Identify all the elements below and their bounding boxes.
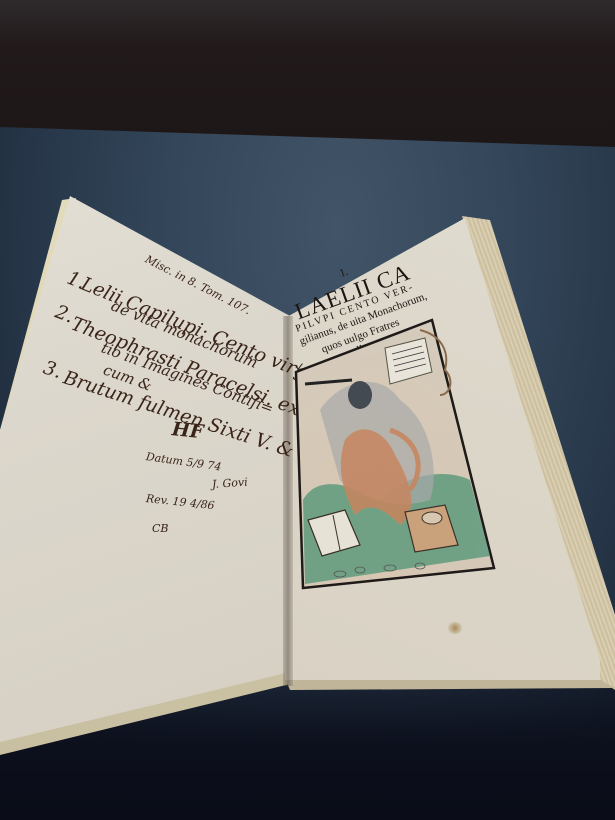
- signature: J. Govi: [212, 476, 249, 491]
- foxing-stain: [448, 622, 462, 634]
- initials: CB: [152, 522, 169, 535]
- monogram: HF: [171, 418, 205, 443]
